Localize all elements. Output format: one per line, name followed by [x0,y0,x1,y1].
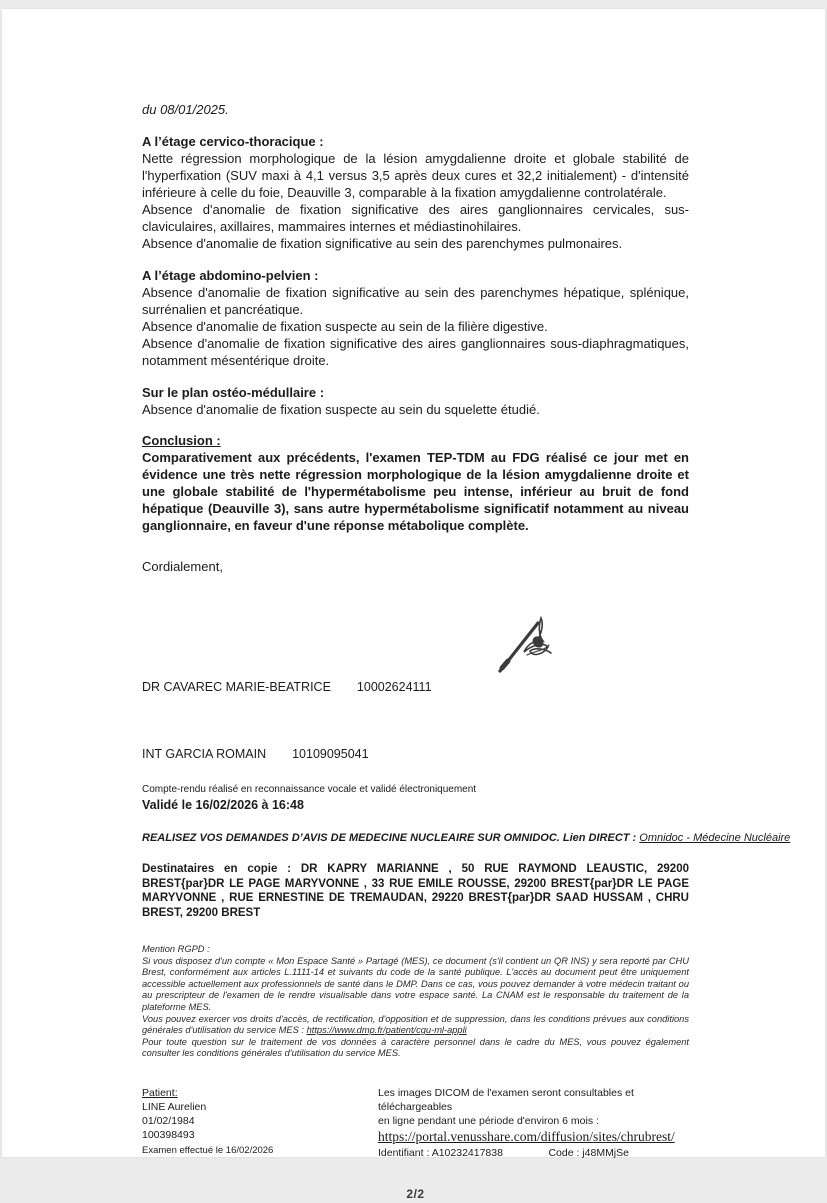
dicom-access-block: Les images DICOM de l'examen seront cons… [378,1086,689,1160]
section-paragraph: Absence d'anomalie de fixation significa… [142,335,689,369]
section-paragraph: Absence d'anomalie de fixation suspecte … [142,401,689,418]
signatory-intern: INT GARCIA ROMAIN10109095041 [142,746,689,763]
patient-name: LINE Aurelien [142,1100,378,1114]
conclusion-text: Comparativement aux précédents, l'examen… [142,449,689,534]
section-osteo-medullaire: Sur le plan ostéo-médullaire : Absence d… [142,384,689,418]
section-paragraph: Absence d'anomalie de fixation suspecte … [142,318,689,335]
rgpd-paragraph-2: Vous pouvez exercer vos droits d'accès, … [142,1014,689,1037]
rgpd-paragraph-1: Si vous disposez d'un compte « Mon Espac… [142,956,689,1014]
section-paragraph: Nette régression morphologique de la lés… [142,150,689,201]
recipients-block: Destinataires en copie : DR KAPRY MARIAN… [142,862,689,920]
dictation-note: Compte-rendu réalisé en reconnaissance v… [142,783,689,796]
document-content: du 08/01/2025. A l’étage cervico-thoraci… [142,9,689,1157]
section-paragraph: Absence d'anomalie de fixation significa… [142,284,689,318]
section-abdomino-pelvien: A l’étage abdomino-pelvien : Absence d'a… [142,267,689,369]
dmp-cgu-link[interactable]: https://www.dmp.fr/patient/cgu-ml-appli [307,1025,467,1035]
patient-label: Patient: [142,1086,378,1100]
document-page: du 08/01/2025. A l’étage cervico-thoraci… [2,9,825,1157]
validation-date-line: Validé le 16/02/2026 à 16:48 [142,797,689,814]
patient-birth-date: 01/02/1984 [142,1114,378,1128]
patient-id: 100398493 [142,1128,378,1142]
dicom-code: Code : j48MMjSe [548,1146,629,1160]
section-cervico-thoracique: A l’étage cervico-thoracique : Nette rég… [142,133,689,252]
section-paragraph: Absence d'anomalie de fixation significa… [142,201,689,235]
signatory-doctor: DR CAVAREC MARIE-BEATRICE10002624111 [142,679,689,696]
reference-date-line: du 08/01/2025. [142,101,689,118]
rgpd-notice: Mention RGPD : Si vous disposez d'un com… [142,944,689,1060]
rgpd-title: Mention RGPD : [142,944,689,956]
section-heading: Sur le plan ostéo-médullaire : [142,384,689,401]
dicom-portal-link[interactable]: https://portal.venusshare.com/diffusion/… [378,1129,675,1144]
section-heading: A l’étage cervico-thoracique : [142,133,689,150]
section-heading: A l’étage abdomino-pelvien : [142,267,689,284]
doctor-name: DR CAVAREC MARIE-BEATRICE [142,680,331,694]
omnidoc-link[interactable]: Omnidoc - Médecine Nucléaire [639,832,790,844]
recipients-label: Destinataires en copie : [142,863,301,875]
patient-info-block: Patient: LINE Aurelien 01/02/1984 100398… [142,1086,378,1160]
intern-name: INT GARCIA ROMAIN [142,747,266,761]
dicom-text-line2: en ligne pendant une période d'environ 6… [378,1114,689,1128]
exam-date: Examen effectué le 16/02/2026 [142,1144,378,1158]
handwritten-signature-image [494,611,566,677]
rgpd-paragraph-3: Pour toute question sur le traitement de… [142,1037,689,1060]
footer-row: Patient: LINE Aurelien 01/02/1984 100398… [142,1086,689,1160]
dicom-identifiant: Identifiant : A10232417838 [378,1146,503,1160]
intern-registration-number: 10109095041 [292,747,368,761]
dicom-text-line1: Les images DICOM de l'examen seront cons… [378,1086,689,1114]
conclusion-section: Conclusion : Comparativement aux précéde… [142,432,689,534]
closing-salutation: Cordialement, [142,558,689,575]
doctor-registration-number: 10002624111 [357,680,432,694]
omnidoc-text: REALISEZ VOS DEMANDES D’AVIS DE MEDECINE… [142,832,639,844]
section-paragraph: Absence d'anomalie de fixation significa… [142,235,689,252]
omnidoc-banner: REALISEZ VOS DEMANDES D’AVIS DE MEDECINE… [142,830,689,847]
signature-zone [142,575,689,679]
conclusion-heading: Conclusion : [142,432,689,449]
